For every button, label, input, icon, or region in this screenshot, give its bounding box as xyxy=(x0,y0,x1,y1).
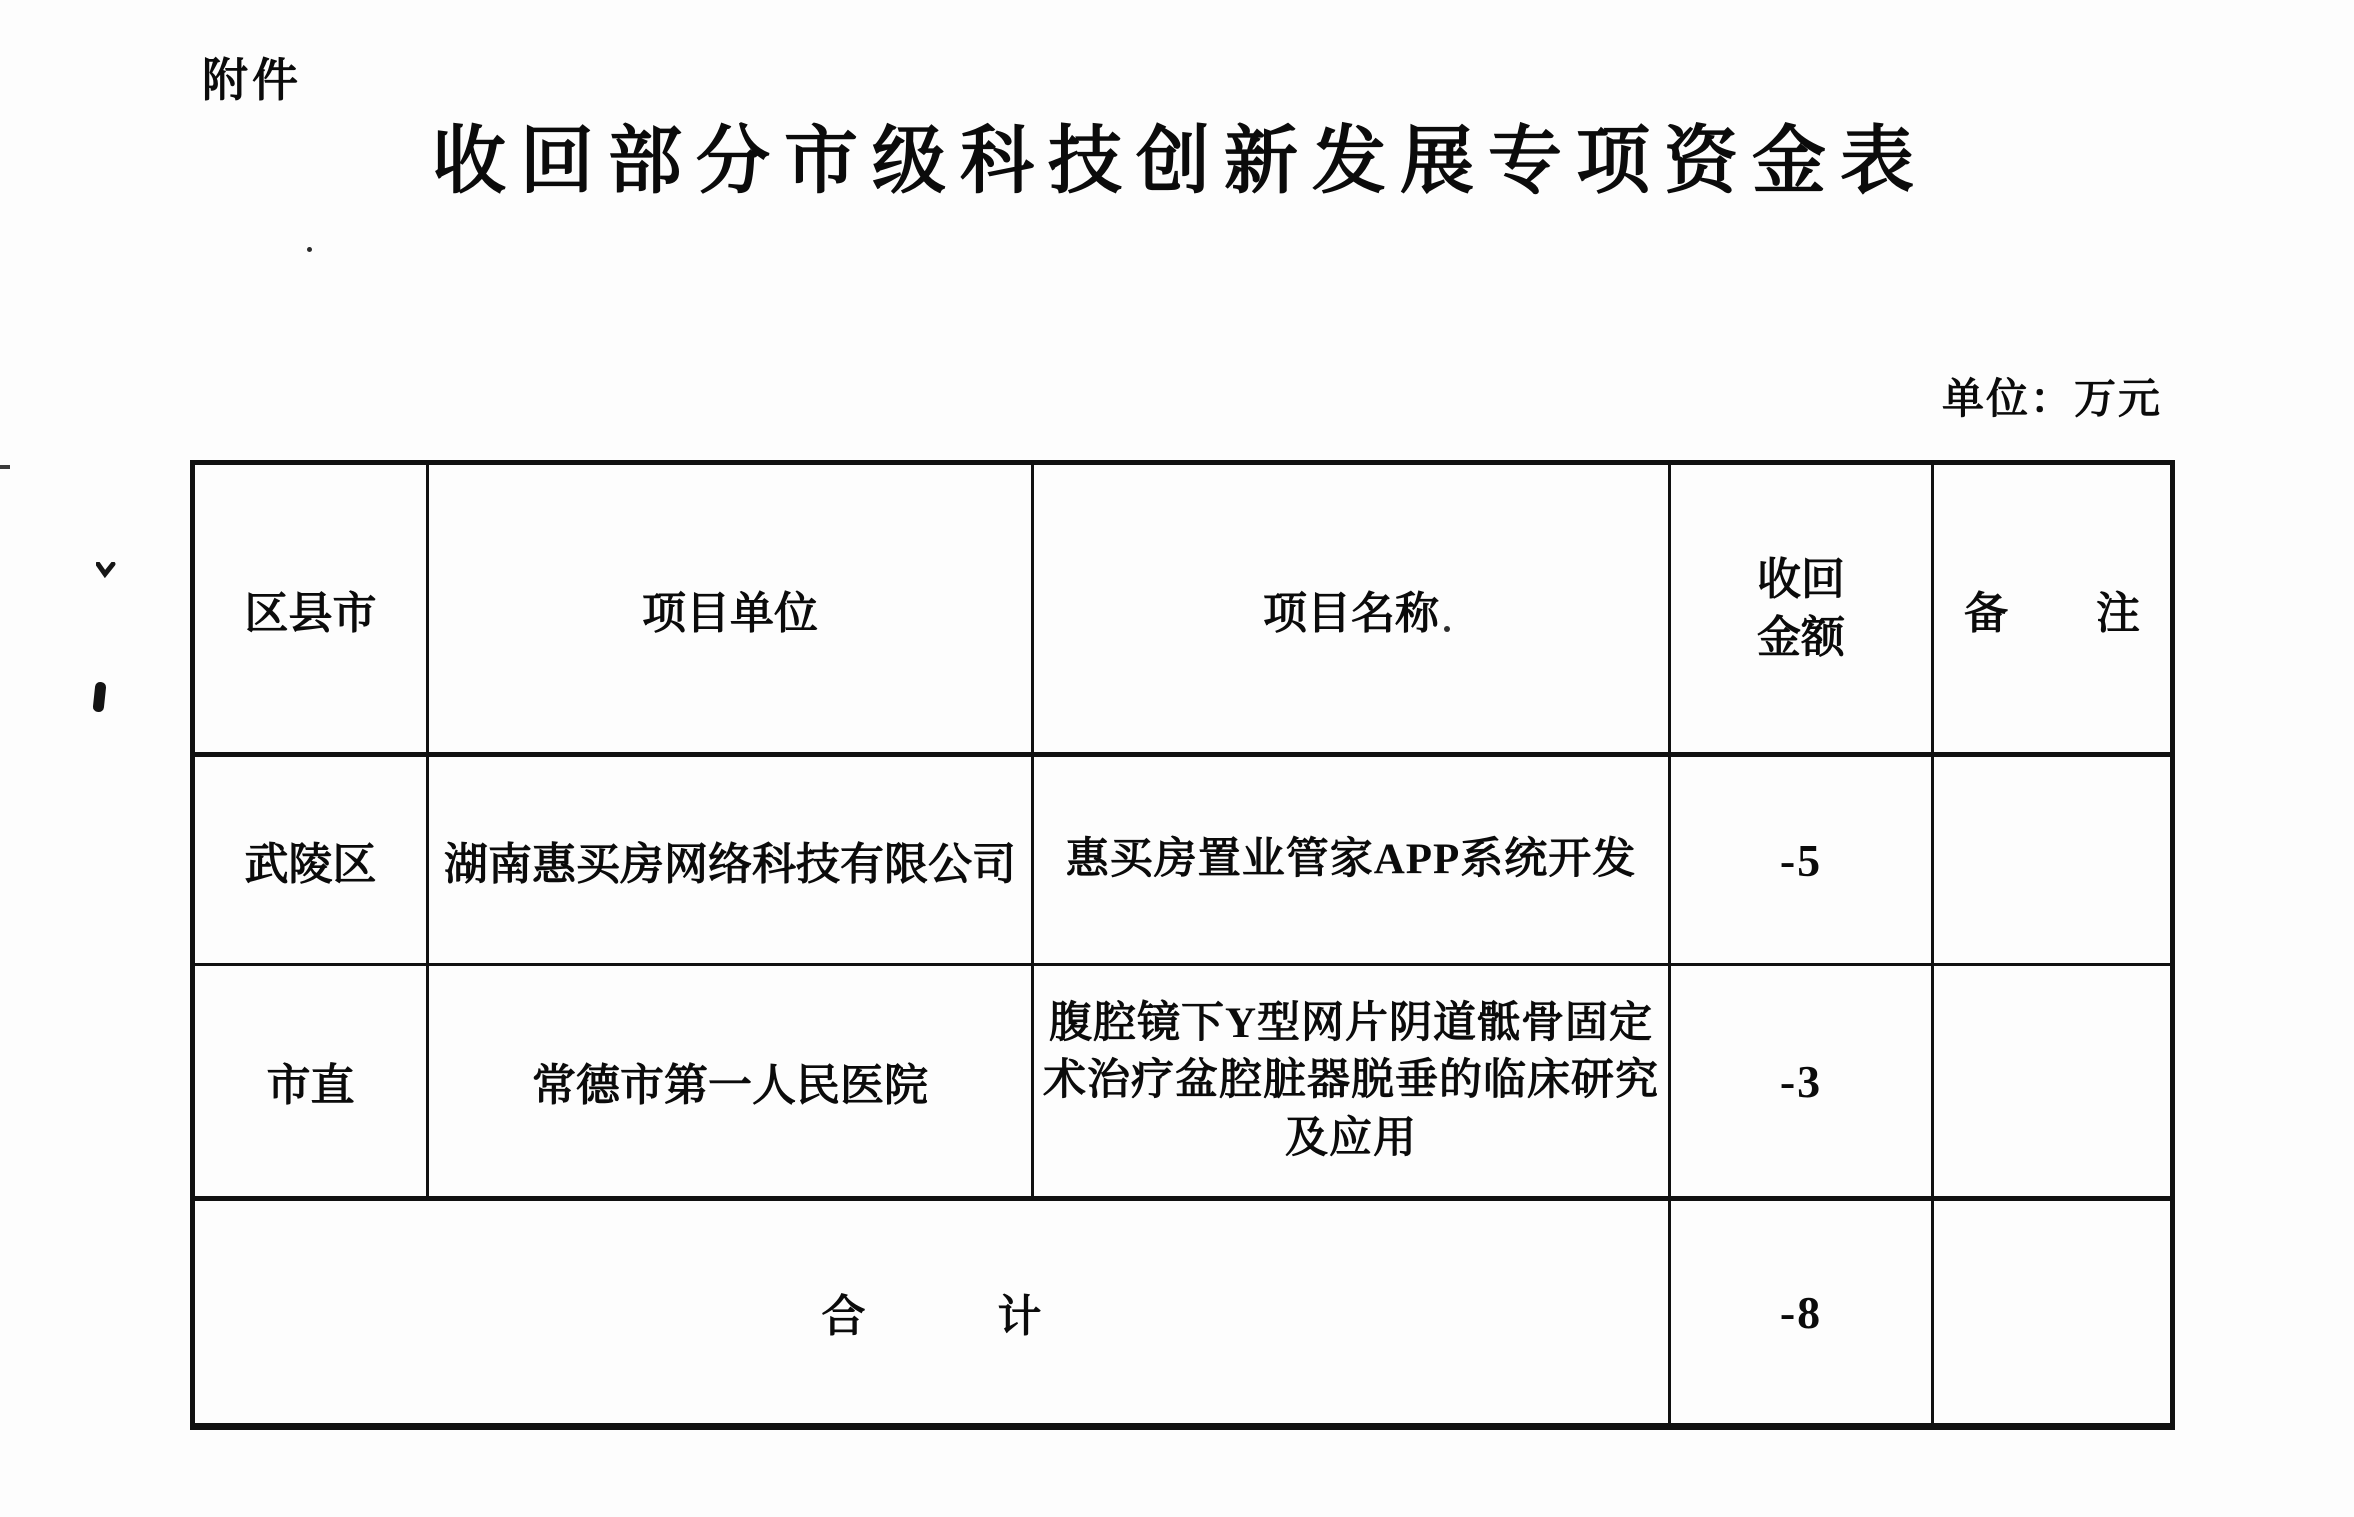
cell-district: 市直 xyxy=(193,965,428,1199)
page-title: 收回部分市级科技创新发展专项资金表 xyxy=(190,102,2170,208)
total-note-cell xyxy=(1933,1199,2173,1427)
scan-speck-dot xyxy=(1444,626,1450,632)
table-row: 市直 常德市第一人民医院 腹腔镜下Y型网片阴道骶骨固定术治疗盆腔脏器脱垂的临床研… xyxy=(193,965,2173,1199)
funds-table: 区县市 项目单位 项目名称 收回 金额 备 注 武陵区 湖南惠买房网络科技有限公… xyxy=(190,460,2175,1430)
header-cell-unit: 项目单位 xyxy=(428,463,1033,755)
scan-speck-checkmark xyxy=(96,562,116,578)
header-cell-project: 项目名称 xyxy=(1033,463,1670,755)
total-amount-cell: -8 xyxy=(1670,1199,1933,1427)
cell-note xyxy=(1933,965,2173,1199)
scan-speck-dot xyxy=(307,247,312,252)
table-header-row: 区县市 项目单位 项目名称 收回 金额 备 注 xyxy=(193,463,2173,755)
cell-note xyxy=(1933,755,2173,965)
scanned-document-page: 附件 收回部分市级科技创新发展专项资金表 单位：万元 区县市 项目单位 项目名称… xyxy=(0,0,2354,1517)
cell-amount: -5 xyxy=(1670,755,1933,965)
cell-unit: 湖南惠买房网络科技有限公司 xyxy=(428,755,1033,965)
table-total-row: 合 计 -8 xyxy=(193,1199,2173,1427)
total-label-cell: 合 计 xyxy=(193,1199,1670,1427)
cell-project: 腹腔镜下Y型网片阴道骶骨固定术治疗盆腔脏器脱垂的临床研究及应用 xyxy=(1033,965,1670,1199)
header-cell-note: 备 注 xyxy=(1933,463,2173,755)
cell-unit: 常德市第一人民医院 xyxy=(428,965,1033,1199)
table-row: 武陵区 湖南惠买房网络科技有限公司 惠买房置业管家APP系统开发 -5 xyxy=(193,755,2173,965)
cell-amount: -3 xyxy=(1670,965,1933,1199)
header-cell-district: 区县市 xyxy=(193,463,428,755)
unit-label: 单位：万元 xyxy=(190,366,2162,426)
funds-table-wrapper: 区县市 项目单位 项目名称 收回 金额 备 注 武陵区 湖南惠买房网络科技有限公… xyxy=(190,460,2175,1430)
cell-project: 惠买房置业管家APP系统开发 xyxy=(1033,755,1670,965)
scan-speck-dash xyxy=(0,465,10,469)
header-cell-amount: 收回 金额 xyxy=(1670,463,1933,755)
scan-speck-quote xyxy=(92,682,106,713)
attachment-label: 附件 xyxy=(202,44,302,110)
cell-district: 武陵区 xyxy=(193,755,428,965)
